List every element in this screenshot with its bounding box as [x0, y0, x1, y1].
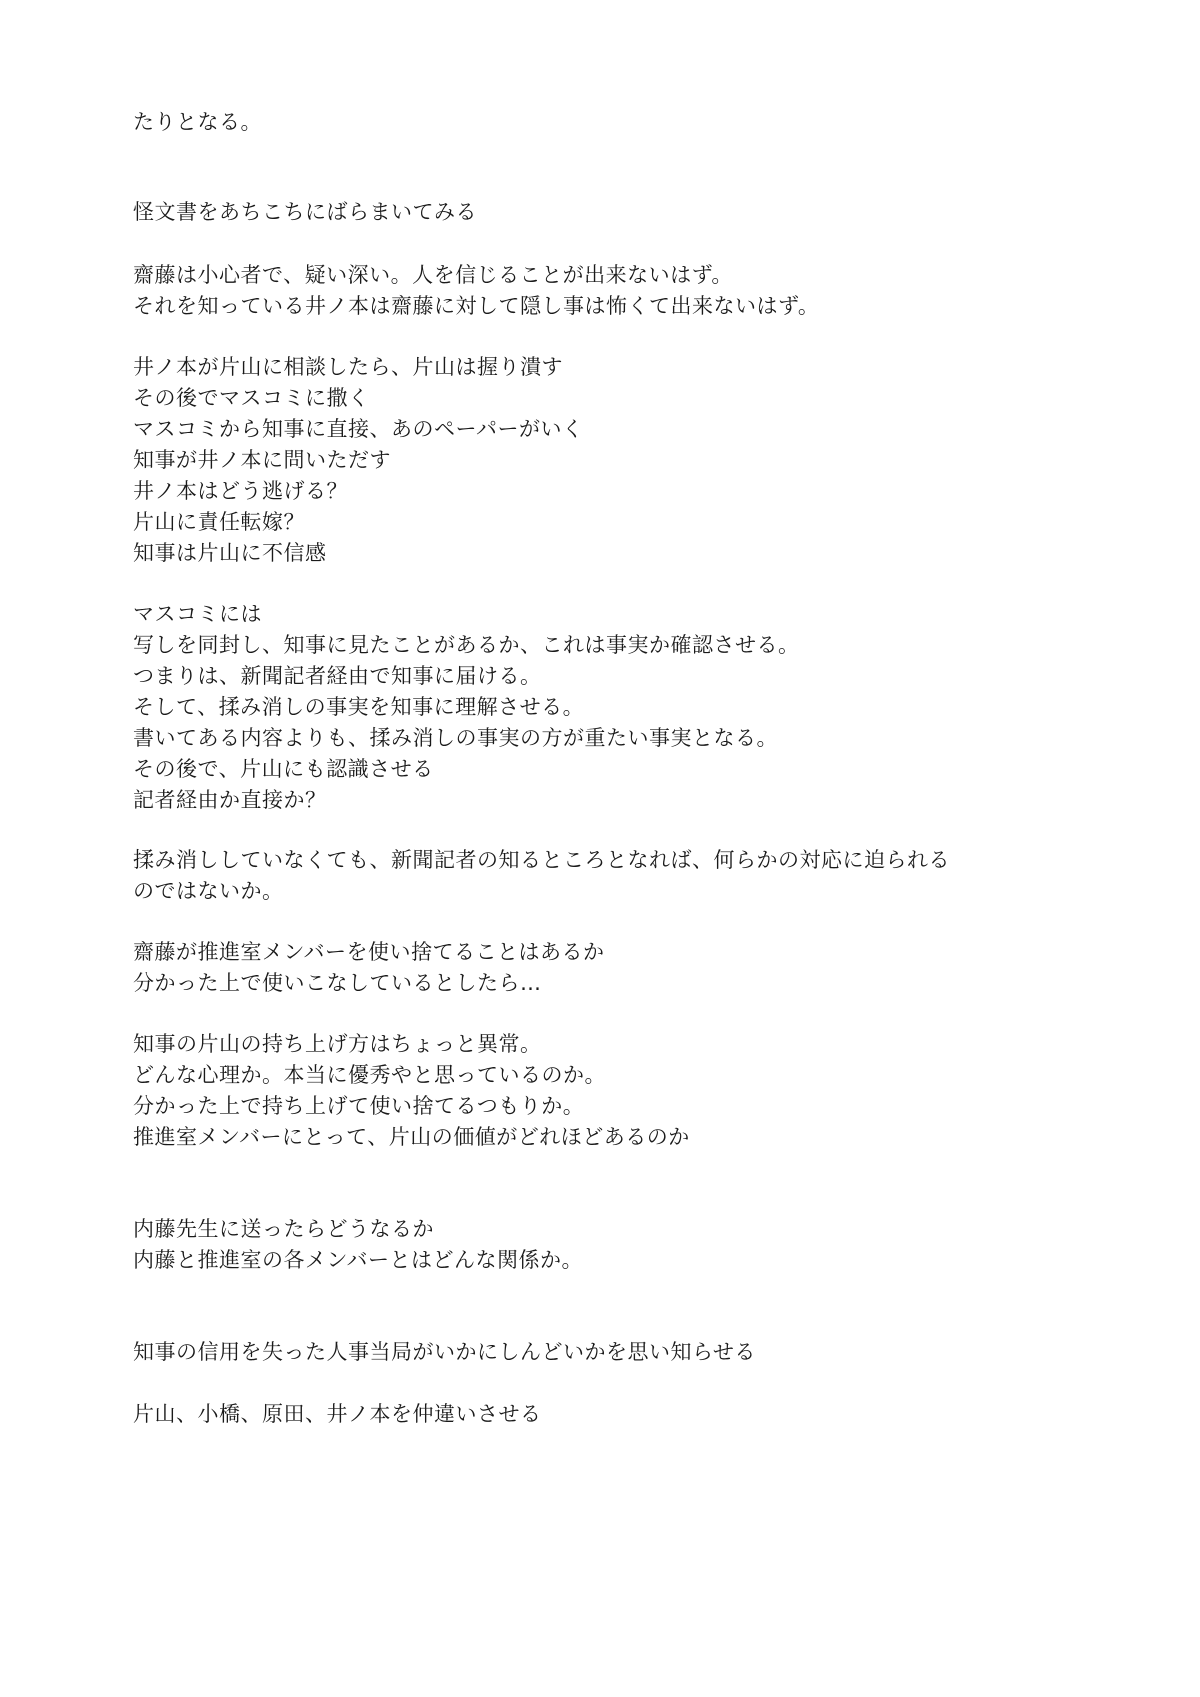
text-line: たりとなる。 — [133, 109, 262, 135]
text-line: その後でマスコミに撒く — [133, 385, 370, 411]
text-line: 記者経由か直接か？ — [133, 787, 327, 813]
text-line: 内藤先生に送ったらどうなるか — [133, 1216, 434, 1242]
text-line: マスコミから知事に直接、あのペーパーがいく — [133, 416, 583, 442]
text-line: 書いてある内容よりも、揉み消しの事実の方が重たい事実となる。 — [133, 725, 778, 751]
text-line: 内藤と推進室の各メンバーとはどんな関係か。 — [133, 1247, 583, 1273]
text-line: 齋藤は小心者で、疑い深い。人を信じることが出来ないはず。 — [133, 262, 733, 288]
text-line: 写しを同封し、知事に見たことがあるか、これは事実か確認させる。 — [133, 632, 800, 658]
text-line: 片山、小橋、原田、井ノ本を仲違いさせる — [133, 1401, 542, 1427]
text-line: 揉み消ししていなくても、新聞記者の知るところとなれば、何らかの対応に迫られる — [133, 847, 950, 873]
text-line: つまりは、新聞記者経由で知事に届ける。 — [133, 663, 542, 689]
text-line: 分かった上で持ち上げて使い捨てるつもりか。 — [133, 1093, 584, 1119]
text-line: その後で、片山にも認識させる — [133, 756, 434, 782]
text-line: 井ノ本はどう逃げる？ — [133, 478, 348, 504]
text-line: 分かった上で使いこなしているとしたら… — [133, 970, 542, 996]
text-line: どんな心理か。本当に優秀やと思っているのか。 — [133, 1062, 606, 1088]
text-line: マスコミには — [133, 601, 262, 627]
text-line: 知事が井ノ本に問いただす — [133, 447, 391, 473]
document-page: たりとなる。 怪文書をあちこちにばらまいてみる 齋藤は小心者で、疑い深い。人を信… — [0, 0, 1200, 1697]
text-line: 知事の片山の持ち上げ方はちょっと異常。 — [133, 1031, 542, 1057]
text-line: 片山に責任転嫁？ — [133, 509, 305, 535]
text-line: それを知っている井ノ本は齋藤に対して隠し事は怖くて出来ないはず。 — [133, 293, 819, 319]
text-line: のではないか。 — [133, 878, 284, 904]
text-line: そして、揉み消しの事実を知事に理解させる。 — [133, 694, 584, 720]
text-line: 齋藤が推進室メンバーを使い捨てることはあるか — [133, 939, 605, 965]
text-line: 井ノ本が片山に相談したら、片山は握り潰す — [133, 354, 563, 380]
section-heading: 怪文書をあちこちにばらまいてみる — [133, 199, 477, 225]
text-line: 知事は片山に不信感 — [133, 540, 327, 566]
text-line: 推進室メンバーにとって、片山の価値がどれほどあるのか — [133, 1124, 690, 1150]
text-line: 知事の信用を失った人事当局がいかにしんどいかを思い知らせる — [133, 1339, 756, 1365]
